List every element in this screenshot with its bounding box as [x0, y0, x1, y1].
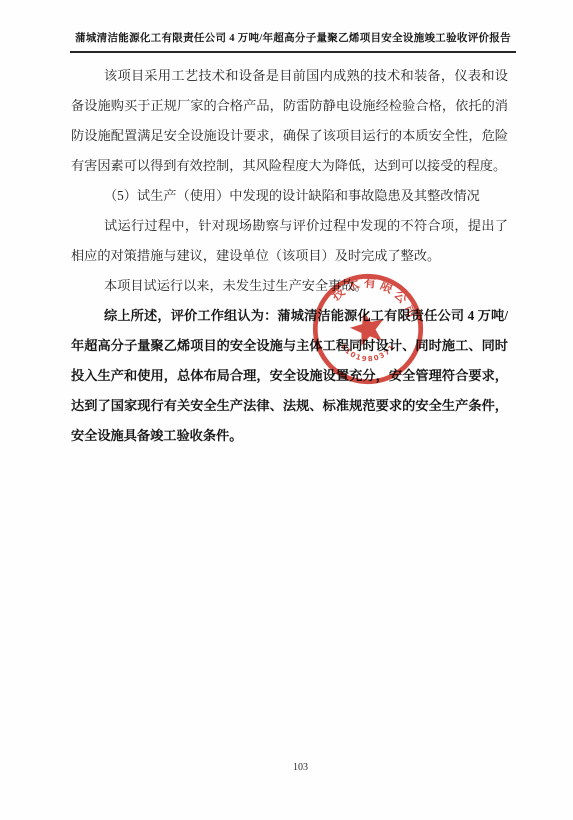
conclusion-paragraph: 综上所述，评价工作组认为：蒲城清洁能源化工有限责任公司 4 万吨/年超高分子量聚…: [71, 301, 508, 451]
body-paragraph-1: 该项目采用工艺技术和设备是目前国内成熟的技术和装备，仪表和设备设施购买于正规厂家…: [71, 61, 508, 181]
header-title: 蒲城清洁能源化工有限责任公司 4 万吨/年超高分子量聚乙烯项目安全设施竣工验收评…: [70, 30, 516, 45]
document-page: 蒲城清洁能源化工有限责任公司 4 万吨/年超高分子量聚乙烯项目安全设施竣工验收评…: [0, 0, 573, 820]
page-header: 蒲城清洁能源化工有限责任公司 4 万吨/年超高分子量聚乙烯项目安全设施竣工验收评…: [70, 0, 516, 53]
body-paragraph-2: 试运行过程中，针对现场勘察与评价过程中发现的不符合项，提出了相应的对策措施与建议…: [71, 211, 508, 271]
section-heading-5: （5）试生产（使用）中发现的设计缺陷和事故隐患及其整改情况: [71, 181, 508, 211]
document-body: 该项目采用工艺技术和设备是目前国内成熟的技术和装备，仪表和设备设施购买于正规厂家…: [71, 61, 508, 451]
body-paragraph-3: 本项目试运行以来，未发生过生产安全事故。: [71, 271, 508, 301]
page-number: 103: [14, 762, 573, 773]
